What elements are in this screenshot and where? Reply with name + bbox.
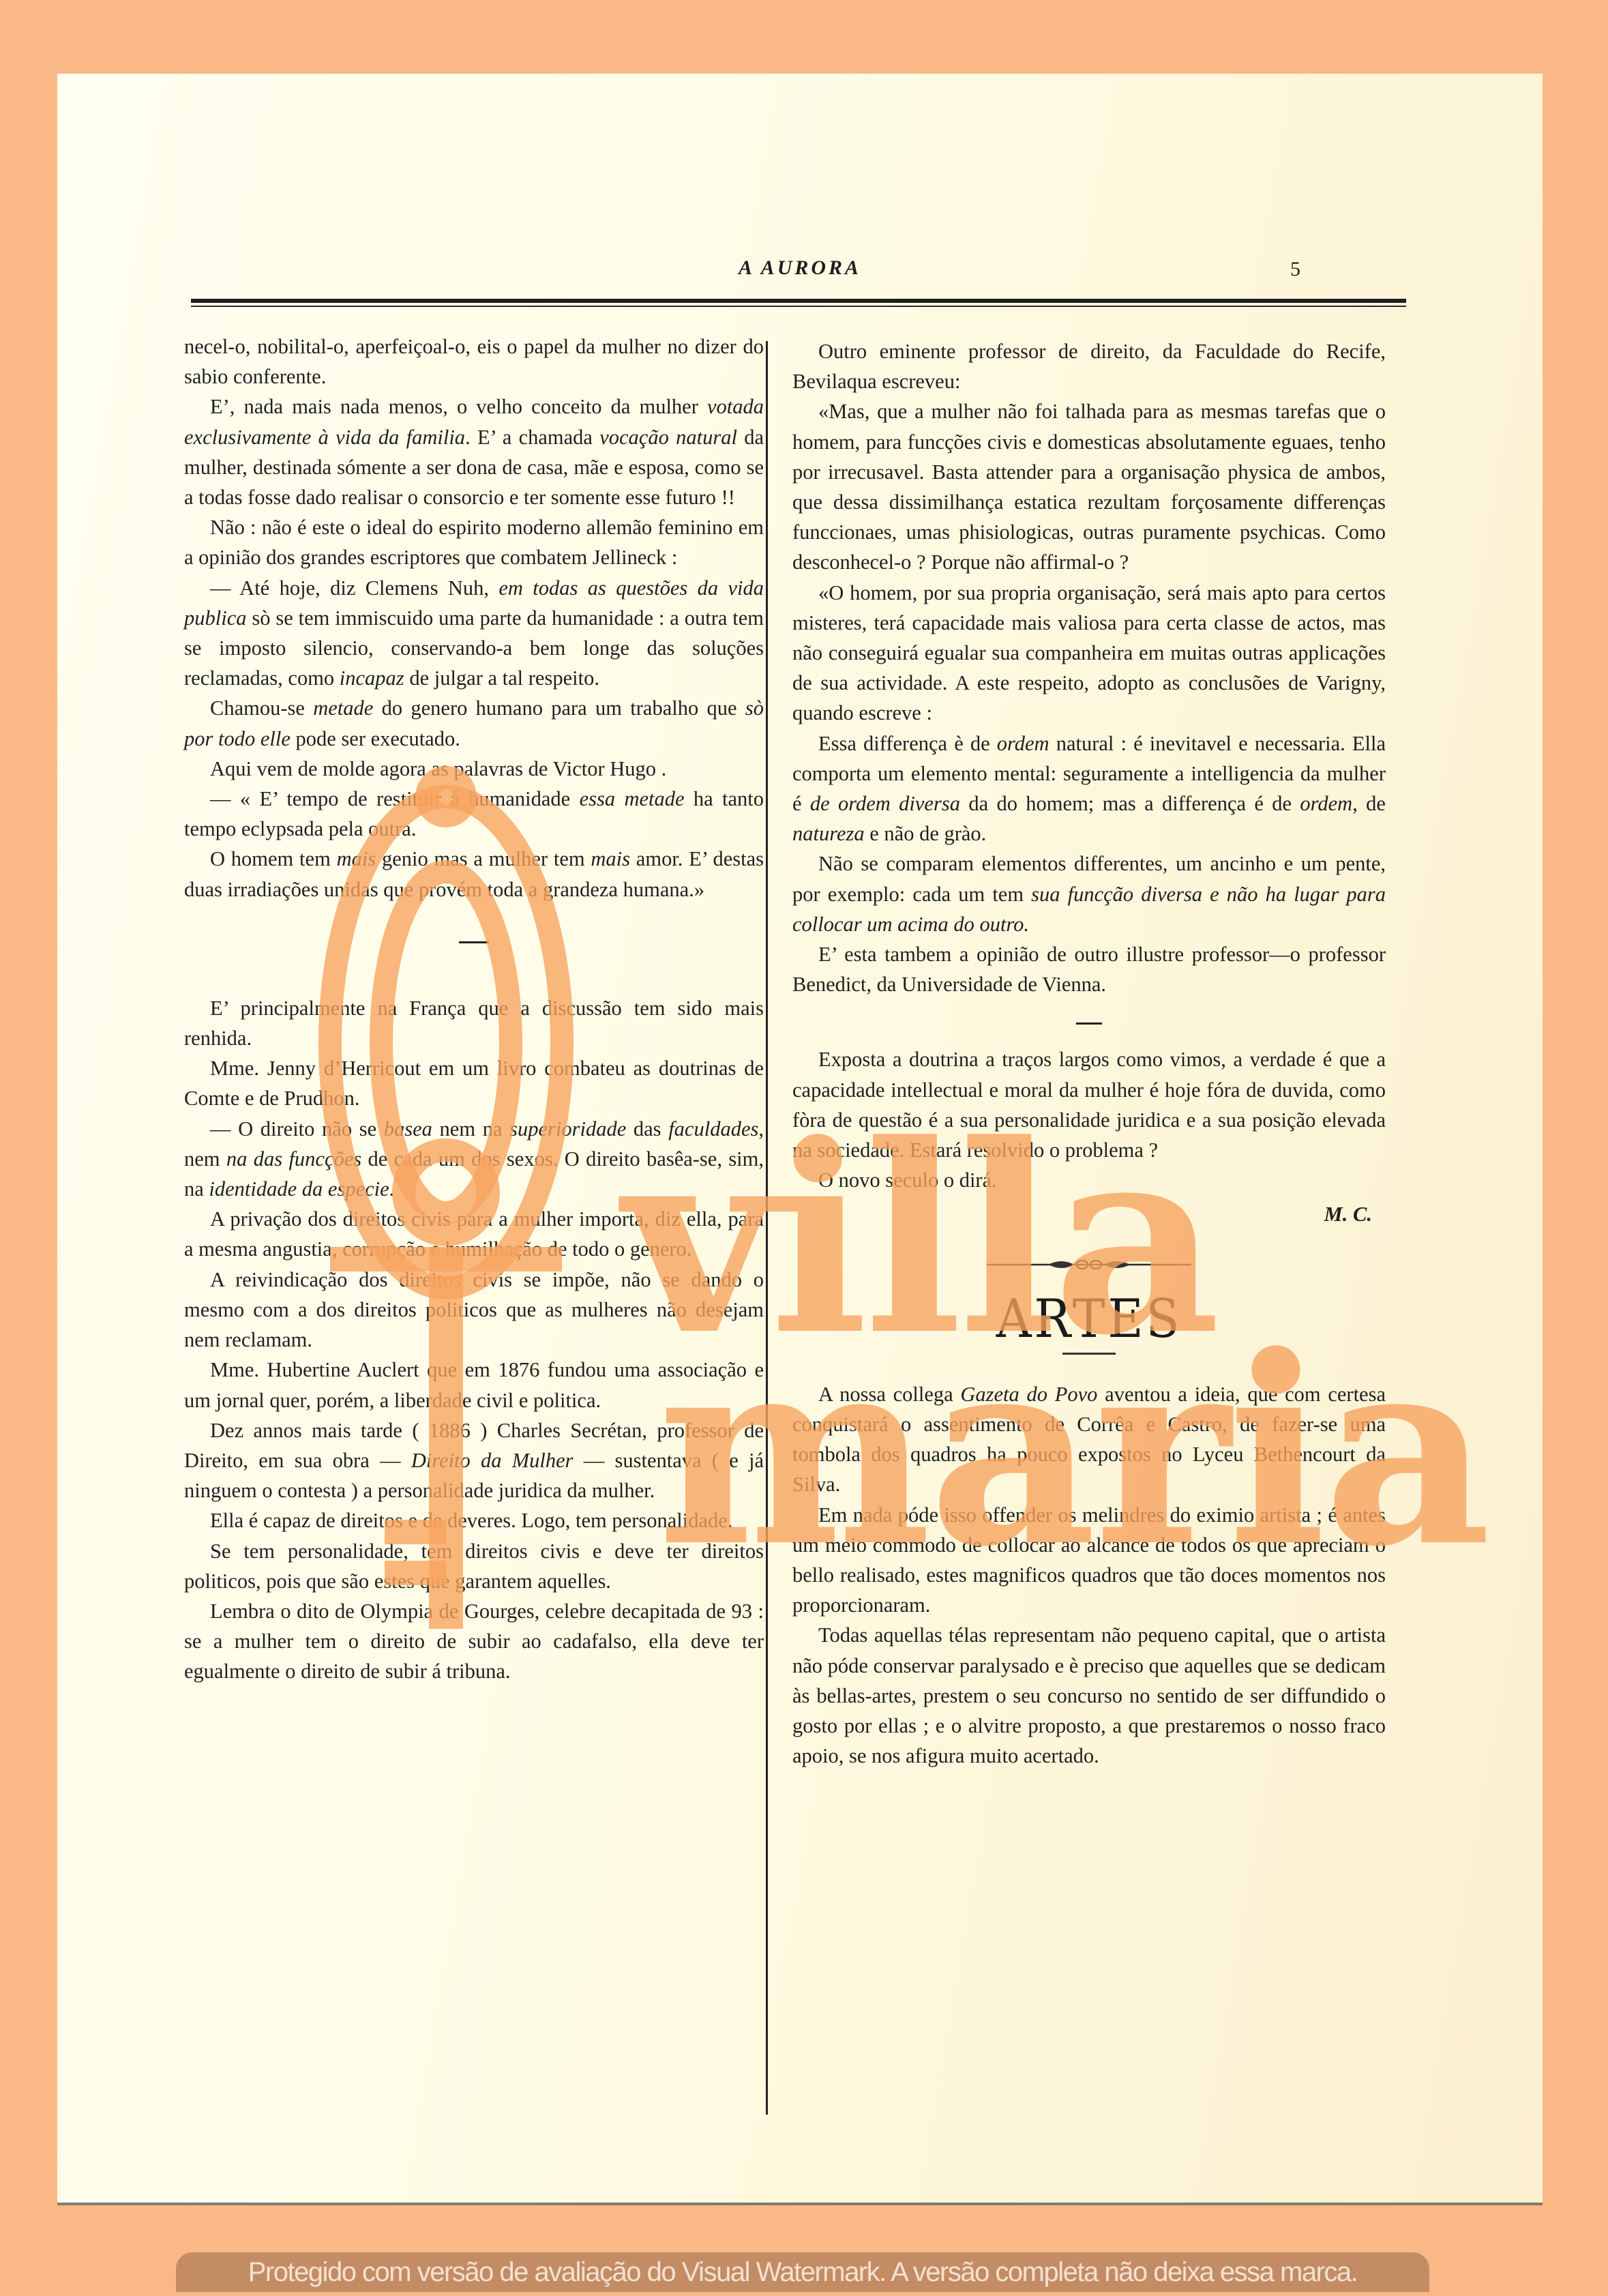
left-column: necel-o, nobilital-o, aperfeiçoal-o, eis…: [184, 332, 764, 1687]
emphasis: ordem: [1300, 792, 1352, 815]
paragraph: A reivindicação dos direitos civis se im…: [184, 1265, 764, 1355]
emphasis: incapaz: [340, 666, 404, 690]
emphasis: sua funcção diversa e não ha lugar para …: [792, 883, 1386, 936]
paragraph: «Mas, que a mulher não foi talhada para …: [792, 396, 1386, 577]
emphasis: superioridade: [509, 1117, 626, 1140]
paragraph: Mme. Jenny d’Herricout em um livro comba…: [184, 1053, 764, 1113]
paragraph: E’ esta tambem a opinião de outro illust…: [792, 939, 1386, 999]
paragraph: O novo seculo o dirá.: [792, 1165, 1386, 1195]
paragraph: Não se comparam elementos differentes, u…: [792, 849, 1386, 939]
emphasis: mais: [337, 847, 376, 870]
emphasis: metade: [313, 696, 373, 720]
emphasis: faculdades: [668, 1117, 758, 1140]
emphasis: ordem: [997, 732, 1049, 755]
paragraph: Em nada póde isso offender os melindres …: [792, 1500, 1386, 1621]
paragraph: Dez annos mais tarde ( 1886 ) Charles Se…: [184, 1415, 764, 1506]
paragraph: Aqui vem de molde agora as palavras de V…: [184, 754, 764, 784]
title-underline: [1062, 1353, 1116, 1355]
paragraph: A privação dos direitos civis para a mul…: [184, 1204, 764, 1264]
paragraph: Se tem personalidade, tem direitos civis…: [184, 1536, 764, 1596]
paragraph: Todas aquellas télas representam não peq…: [792, 1620, 1386, 1771]
emphasis: em todas as questões da vida publica: [184, 576, 764, 630]
paragraph: Não : não é este o ideal do espirito mod…: [184, 512, 764, 572]
emphasis: natureza: [792, 822, 865, 845]
emphasis: de ordem diversa: [810, 792, 960, 815]
header-rule-thin: [191, 306, 1406, 307]
paragraph: Exposta a doutrina a traços largos como …: [792, 1044, 1386, 1165]
paragraph: Ella é capaz de direitos e de deveres. L…: [184, 1505, 764, 1535]
paragraph: E’, nada mais nada menos, o velho concei…: [184, 392, 764, 512]
paragraph: Chamou-se metade do genero humano para u…: [184, 693, 764, 753]
section-separator: [792, 999, 1386, 1044]
emphasis: vocação natural: [599, 426, 737, 449]
header-rule-thick: [191, 299, 1406, 303]
emphasis: sò por todo elle: [184, 696, 764, 750]
emphasis: Gazeta do Povo: [960, 1383, 1097, 1406]
paper-edge: [57, 2203, 1543, 2205]
right-column: Outro eminente professor de direito, da …: [792, 336, 1386, 1771]
section-separator: [184, 904, 764, 993]
paragraph: — O direito não se basea nem na superior…: [184, 1114, 764, 1205]
ornamental-divider-icon: [792, 1248, 1386, 1289]
section-title-artes: ARTES: [816, 1289, 1362, 1350]
paragraph: necel-o, nobilital-o, aperfeiçoal-o, eis…: [184, 332, 764, 392]
emphasis: basea: [384, 1117, 432, 1140]
author-signature: M. C.: [792, 1199, 1386, 1229]
column-divider: [766, 341, 768, 2115]
emphasis: identidade da especie: [209, 1177, 389, 1201]
evaluation-watermark-banner: Protegido com versão de avaliação do Vis…: [176, 2252, 1429, 2292]
emphasis: mais: [591, 847, 630, 870]
paragraph: E’ principalmente na França que a discus…: [184, 993, 764, 1053]
paragraph: — « E’ tempo de restituir á humanidade e…: [184, 784, 764, 844]
paragraph: Lembra o dito de Olympia de Gourges, cel…: [184, 1596, 764, 1687]
emphasis: Direito da Mulher: [411, 1449, 574, 1472]
paragraph: Essa differença è de ordem natural : é i…: [792, 728, 1386, 849]
page-number: 5: [1290, 258, 1300, 281]
emphasis: essa metade: [580, 787, 685, 810]
paragraph: «O homem, por sua propria organisação, s…: [792, 578, 1386, 728]
newspaper-page: A AURORA 5 necel-o, nobilital-o, aperfei…: [57, 74, 1543, 2205]
emphasis: na das funcções: [226, 1147, 361, 1171]
paragraph: Outro eminente professor de direito, da …: [792, 336, 1386, 396]
paragraph: — Até hoje, diz Clemens Nuh, em todas as…: [184, 573, 764, 694]
paragraph: A nossa collega Gazeta do Povo aventou a…: [792, 1379, 1386, 1500]
paragraph: O homem tem mais genio mas a mulher tem …: [184, 844, 764, 904]
paragraph: Mme. Hubertine Auclert que em 1876 fundo…: [184, 1355, 764, 1415]
running-title: A AURORA: [57, 256, 1543, 280]
